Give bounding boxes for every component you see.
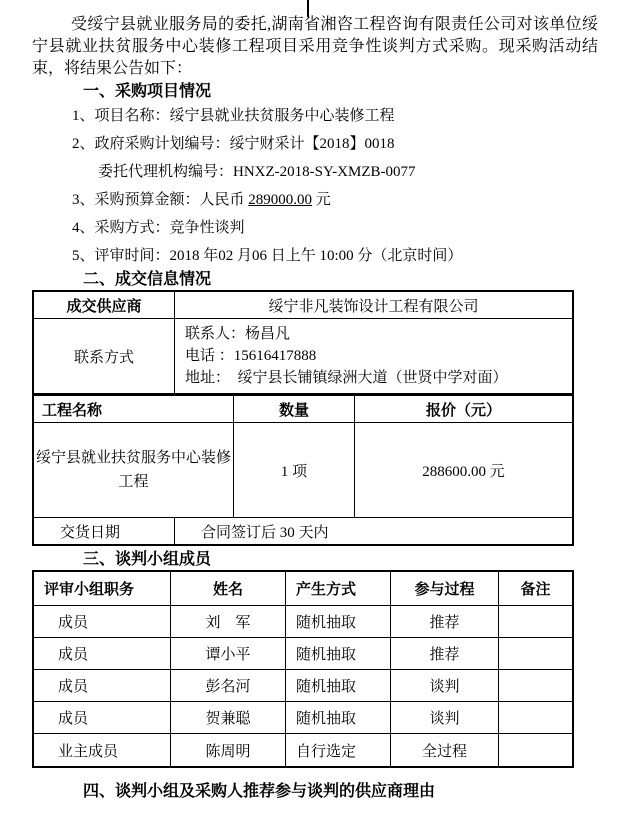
project-name-cell: 绥宁县就业扶贫服务中心装修工程: [34, 423, 234, 518]
panel-row-method: 自行选定: [286, 734, 391, 766]
panel-header-role: 评审小组职务: [34, 572, 171, 606]
panel-row-note: [499, 670, 572, 702]
contact-person: 联系人：杨昌凡: [185, 323, 290, 345]
supplier-label-cell: 成交供应商: [34, 292, 175, 319]
budget-unit: 元: [312, 192, 331, 208]
item-method: 4、采购方式：竞争性谈判: [72, 214, 628, 242]
panel-row-role: 成员: [34, 670, 171, 702]
budget-amount: 289000.00: [248, 192, 312, 208]
contact-phone: 电话 ：15616417888: [185, 345, 316, 367]
panel-row-name: 刘 军: [171, 606, 286, 638]
delivery-value-cell: 合同签订后 30 天内: [175, 518, 572, 544]
panel-header-method: 产生方式: [286, 572, 391, 606]
panel-row-note: [499, 638, 572, 670]
panel-header-note: 备注: [499, 572, 572, 606]
panel-row-method: 随机抽取: [286, 670, 391, 702]
panel-row-role: 业主成员: [34, 734, 171, 766]
section-heading-procurement-info: 一、采购项目情况: [83, 82, 628, 102]
budget-label: 3、采购预算金额：人民币: [72, 192, 248, 208]
text-caret-mark: [307, 0, 309, 17]
intro-paragraph: 受绥宁县就业服务局的委托,湖南省湘咨工程咨询有限责任公司对该单位绥宁县就业扶贫服…: [32, 14, 598, 80]
panel-row-method: 随机抽取: [286, 638, 391, 670]
project-name-text: 绥宁县就业扶贫服务中心装修工程: [34, 446, 233, 494]
price-cell: 288600.00 元: [355, 423, 572, 518]
panel-row-process: 谈判: [391, 702, 499, 734]
panel-row-name: 彭名河: [171, 670, 286, 702]
contact-address: 地址： 绥宁县长铺镇绿洲大道（世贤中学对面）: [185, 367, 508, 389]
panel-row-name: 陈周明: [171, 734, 286, 766]
panel-row-process: 全过程: [391, 734, 499, 766]
panel-row-role: 成员: [34, 638, 171, 670]
panel-row-note: [499, 606, 572, 638]
panel-row-name: 谭小平: [171, 638, 286, 670]
item-project-name: 1、项目名称：绥宁县就业扶贫服务中心装修工程: [72, 102, 628, 130]
item-review-time: 5、评审时间：2018 年02 月06 日上午 10:00 分（北京时间）: [72, 242, 628, 270]
panel-row-note: [499, 702, 572, 734]
item-plan-number: 2、政府采购计划编号：绥宁财采计【2018】0018: [72, 130, 628, 158]
contact-value-cell: 联系人：杨昌凡 电话 ：15616417888 地址： 绥宁县长铺镇绿洲大道（世…: [175, 319, 572, 394]
panel-row-role: 成员: [34, 702, 171, 734]
item-agency-number: 委托代理机构编号：HNXZ-2018-SY-XMZB-0077: [72, 158, 628, 186]
section-heading-panel: 三、谈判小组成员: [83, 550, 628, 570]
contact-label-cell: 联系方式: [34, 319, 175, 394]
supplier-name-cell: 绥宁非凡装饰设计工程有限公司: [175, 292, 572, 319]
header-price: 报价（元）: [355, 394, 572, 423]
panel-header-name: 姓名: [171, 572, 286, 606]
header-project-name: 工程名称: [34, 394, 234, 423]
panel-row-process: 推荐: [391, 606, 499, 638]
panel-row-process: 谈判: [391, 670, 499, 702]
panel-row-role: 成员: [34, 606, 171, 638]
delivery-label-cell: 交货日期: [34, 518, 175, 544]
panel-row-name: 贺兼聪: [171, 702, 286, 734]
section-heading-deal-info: 二、成交信息情况: [83, 270, 628, 290]
panel-row-note: [499, 734, 572, 766]
announcement-page: 受绥宁县就业服务局的委托,湖南省湘咨工程咨询有限责任公司对该单位绥宁县就业扶贫服…: [0, 0, 628, 824]
panel-row-process: 推荐: [391, 638, 499, 670]
item-budget: 3、采购预算金额：人民币 289000.00 元: [72, 186, 628, 214]
procurement-item-list: 1、项目名称：绥宁县就业扶贫服务中心装修工程 2、政府采购计划编号：绥宁财采计【…: [72, 102, 628, 270]
panel-row-method: 随机抽取: [286, 606, 391, 638]
panel-header-process: 参与过程: [391, 572, 499, 606]
section-heading-reason: 四、谈判小组及采购人推荐参与谈判的供应商理由: [83, 782, 628, 802]
header-quantity: 数量: [234, 394, 355, 423]
panel-members-table: 评审小组职务 姓名 产生方式 参与过程 备注 成员 刘 军 随机抽取 推荐 成员…: [32, 570, 574, 768]
panel-row-method: 随机抽取: [286, 702, 391, 734]
deal-and-project-table: 成交供应商 绥宁非凡装饰设计工程有限公司 联系方式 联系人：杨昌凡 电话 ：15…: [32, 290, 574, 546]
quantity-cell: 1 项: [234, 423, 355, 518]
